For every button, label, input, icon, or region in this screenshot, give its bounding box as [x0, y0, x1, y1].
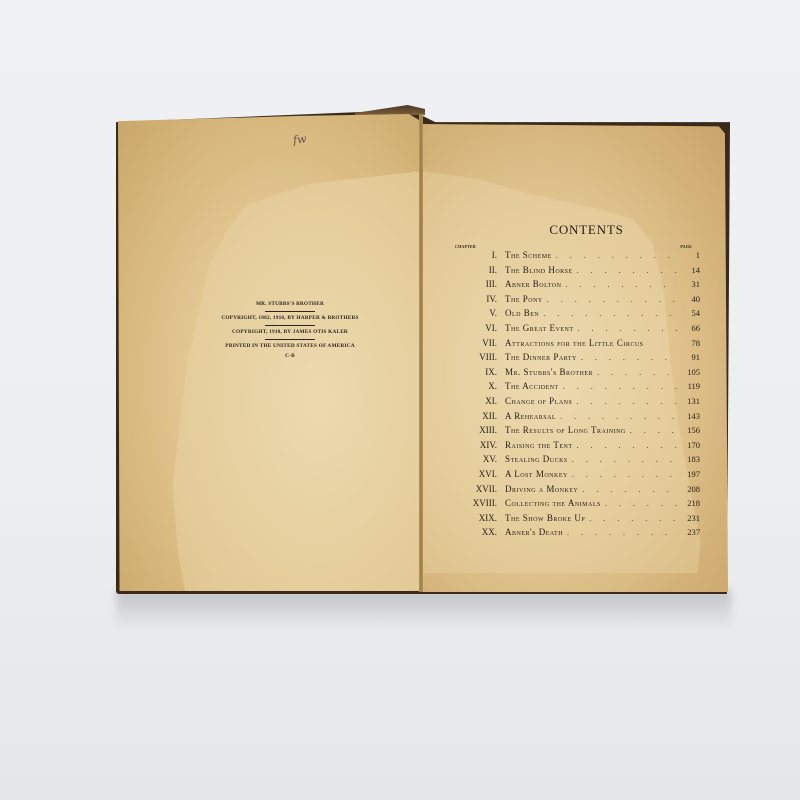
leader-dots: . . . . . . . . . . . . . . . . . . . . [559, 382, 678, 391]
chapter-title: A Rehearsal [505, 411, 556, 421]
chapter-number: XIII. [455, 425, 505, 435]
chapter-page: 170 [678, 440, 700, 450]
leader-dots: . . . . . . . . . . . . . . . . . . . . [573, 441, 679, 450]
leader-dots: . . . . . . . . . . . . . . . . . . . . [539, 309, 678, 318]
chapter-number: II. [455, 265, 505, 275]
leader-dots: . . . . . . . . . . . . . . . . . . . . [577, 353, 678, 362]
leader-dots: . . . . . . . . . . . . . . . . . . . . [626, 426, 678, 435]
leader-dots: . . . . . . . . . . . . . . . . . . . . [593, 368, 678, 377]
divider-rule [265, 311, 315, 312]
toc-row: X.The Accident. . . . . . . . . . . . . … [455, 381, 700, 396]
chapter-title: Attractions for the Little Circus [505, 338, 644, 348]
chapter-page: 91 [678, 352, 700, 362]
chapter-column-header: Chapter [455, 244, 476, 249]
toc-row: VI.The Great Event. . . . . . . . . . . … [455, 323, 700, 338]
chapter-number: III. [455, 279, 505, 289]
toc-row: VII.Attractions for the Little Circus78 [455, 338, 700, 353]
leader-dots: . . . . . . . . . . . . . . . . . . . . [561, 280, 678, 289]
divider-rule [265, 325, 315, 326]
chapter-number: I. [455, 250, 505, 260]
chapter-title: Stealing Ducks [505, 454, 568, 464]
toc-row: XIV.Raising the Tent. . . . . . . . . . … [455, 440, 700, 455]
toc-row: XVI.A Lost Monkey. . . . . . . . . . . .… [455, 469, 700, 484]
toc-row: V.Old Ben. . . . . . . . . . . . . . . .… [455, 308, 700, 323]
chapter-title: The Results of Long Training [505, 425, 626, 435]
book-gutter [419, 114, 423, 592]
toc-row: XV.Stealing Ducks. . . . . . . . . . . .… [455, 454, 700, 469]
leader-dots: . . . . . . . . . . . . . . . . . . . . [552, 251, 678, 260]
chapter-title: The Scheme [505, 250, 552, 260]
chapter-page: 66 [678, 323, 700, 333]
chapter-page: 78 [678, 338, 700, 348]
print-code: C-B [190, 354, 390, 359]
chapter-number: XVI. [455, 469, 505, 479]
chapter-title: Abner's Death [505, 527, 563, 537]
chapter-page: 1 [678, 250, 700, 260]
chapter-title: The Blind Horse [505, 265, 573, 275]
toc-row: VIII.The Dinner Party. . . . . . . . . .… [455, 352, 700, 367]
copyright-block: Mr. Stubbs's Brother Copyright, 1882, 19… [190, 302, 390, 363]
leader-dots: . . . . . . . . . . . . . . . . . . . . [568, 455, 678, 464]
chapter-page: 14 [678, 265, 700, 275]
copyright-line-1: Copyright, 1882, 1910, by Harper & Broth… [190, 316, 390, 321]
toc-row: XII.A Rehearsal. . . . . . . . . . . . .… [455, 411, 700, 426]
chapter-number: XIV. [455, 440, 505, 450]
chapter-number: VI. [455, 323, 505, 333]
chapter-page: 197 [678, 469, 700, 479]
chapter-title: Old Ben [505, 308, 539, 318]
chapter-title: The Great Event [505, 323, 574, 333]
copyright-book-title: Mr. Stubbs's Brother [190, 302, 390, 307]
leader-dots: . . . . . . . . . . . . . . . . . . . . [585, 514, 678, 523]
toc-row: I.The Scheme. . . . . . . . . . . . . . … [455, 250, 700, 265]
chapter-page: 231 [678, 513, 700, 523]
toc-row: XVIII.Collecting the Animals. . . . . . … [455, 498, 700, 513]
leader-dots: . . . . . . . . . . . . . . . . . . . . [572, 397, 678, 406]
chapter-title: Driving a Monkey [505, 484, 578, 494]
chapter-page: 237 [678, 527, 700, 537]
chapter-number: V. [455, 308, 505, 318]
toc-row: XIX.The Show Broke Up. . . . . . . . . .… [455, 513, 700, 528]
chapter-page: 40 [678, 294, 700, 304]
pencil-mark: fw [292, 132, 307, 147]
toc-row: IV.The Pony. . . . . . . . . . . . . . .… [455, 294, 700, 309]
chapter-page: 119 [678, 381, 700, 391]
chapter-number: IV. [455, 294, 505, 304]
contents-title: CONTENTS [473, 222, 700, 238]
leader-dots: . . . . . . . . . . . . . . . . . . . . [568, 470, 678, 479]
chapter-number: XI. [455, 396, 505, 406]
chapter-page: 31 [678, 279, 700, 289]
toc-row: IX.Mr. Stubbs's Brother. . . . . . . . .… [455, 367, 700, 382]
chapter-number: XII. [455, 411, 505, 421]
chapter-number: XV. [455, 454, 505, 464]
chapter-title: The Dinner Party [505, 352, 577, 362]
leader-dots: . . . . . . . . . . . . . . . . . . . . [556, 412, 678, 421]
toc-row: III.Abner Bolton. . . . . . . . . . . . … [455, 279, 700, 294]
chapter-number: XVIII. [455, 498, 505, 508]
copyright-line-2: Copyright, 1910, by James Otis Kaler [190, 330, 390, 335]
chapter-number: VII. [455, 338, 505, 348]
toc-row: XI.Change of Plans. . . . . . . . . . . … [455, 396, 700, 411]
chapter-number: XX. [455, 527, 505, 537]
chapter-title: Raising the Tent [505, 440, 573, 450]
chapter-page: 183 [678, 454, 700, 464]
chapter-title: Collecting the Animals [505, 498, 601, 508]
chapter-page: 54 [678, 308, 700, 318]
chapter-number: VIII. [455, 352, 505, 362]
toc-headers: Chapter Page [455, 244, 700, 249]
leader-dots: . . . . . . . . . . . . . . . . . . . . [543, 295, 678, 304]
toc-row: XVII.Driving a Monkey. . . . . . . . . .… [455, 484, 700, 499]
leader-dots: . . . . . . . . . . . . . . . . . . . . [563, 528, 678, 537]
page-column-header: Page [680, 244, 692, 249]
leader-dots: . . . . . . . . . . . . . . . . . . . . [578, 485, 678, 494]
copyright-line-3: Printed in the United States of America [190, 344, 390, 349]
divider-rule [265, 339, 315, 340]
chapter-page: 156 [678, 425, 700, 435]
chapter-title: A Lost Monkey [505, 469, 568, 479]
chapter-number: X. [455, 381, 505, 391]
toc-row: XIII.The Results of Long Training. . . .… [455, 425, 700, 440]
left-page-water-stain [173, 171, 421, 591]
chapter-number: XIX. [455, 513, 505, 523]
book-shadow [116, 590, 731, 630]
chapter-title: The Accident [505, 381, 559, 391]
chapter-number: XVII. [455, 484, 505, 494]
chapter-title: The Show Broke Up [505, 513, 585, 523]
chapter-title: Change of Plans [505, 396, 572, 406]
leader-dots: . . . . . . . . . . . . . . . . . . . . [574, 324, 679, 333]
chapter-page: 218 [678, 498, 700, 508]
chapter-title: Mr. Stubbs's Brother [505, 367, 593, 377]
chapter-page: 208 [678, 484, 700, 494]
leader-dots: . . . . . . . . . . . . . . . . . . . . [601, 499, 678, 508]
table-of-contents: CONTENTS Chapter Page I.The Scheme. . . … [455, 222, 700, 542]
chapter-page: 131 [678, 396, 700, 406]
toc-row: XX.Abner's Death. . . . . . . . . . . . … [455, 527, 700, 542]
chapter-title: The Pony [505, 294, 543, 304]
chapter-page: 143 [678, 411, 700, 421]
photo-scene: fw Mr. Stubbs's Brother Copyright, 1882,… [0, 0, 800, 800]
toc-row: II.The Blind Horse. . . . . . . . . . . … [455, 265, 700, 280]
chapter-title: Abner Bolton [505, 279, 561, 289]
leader-dots: . . . . . . . . . . . . . . . . . . . . [573, 266, 678, 275]
chapter-number: IX. [455, 367, 505, 377]
chapter-page: 105 [678, 367, 700, 377]
spine-top-edge [355, 105, 425, 115]
